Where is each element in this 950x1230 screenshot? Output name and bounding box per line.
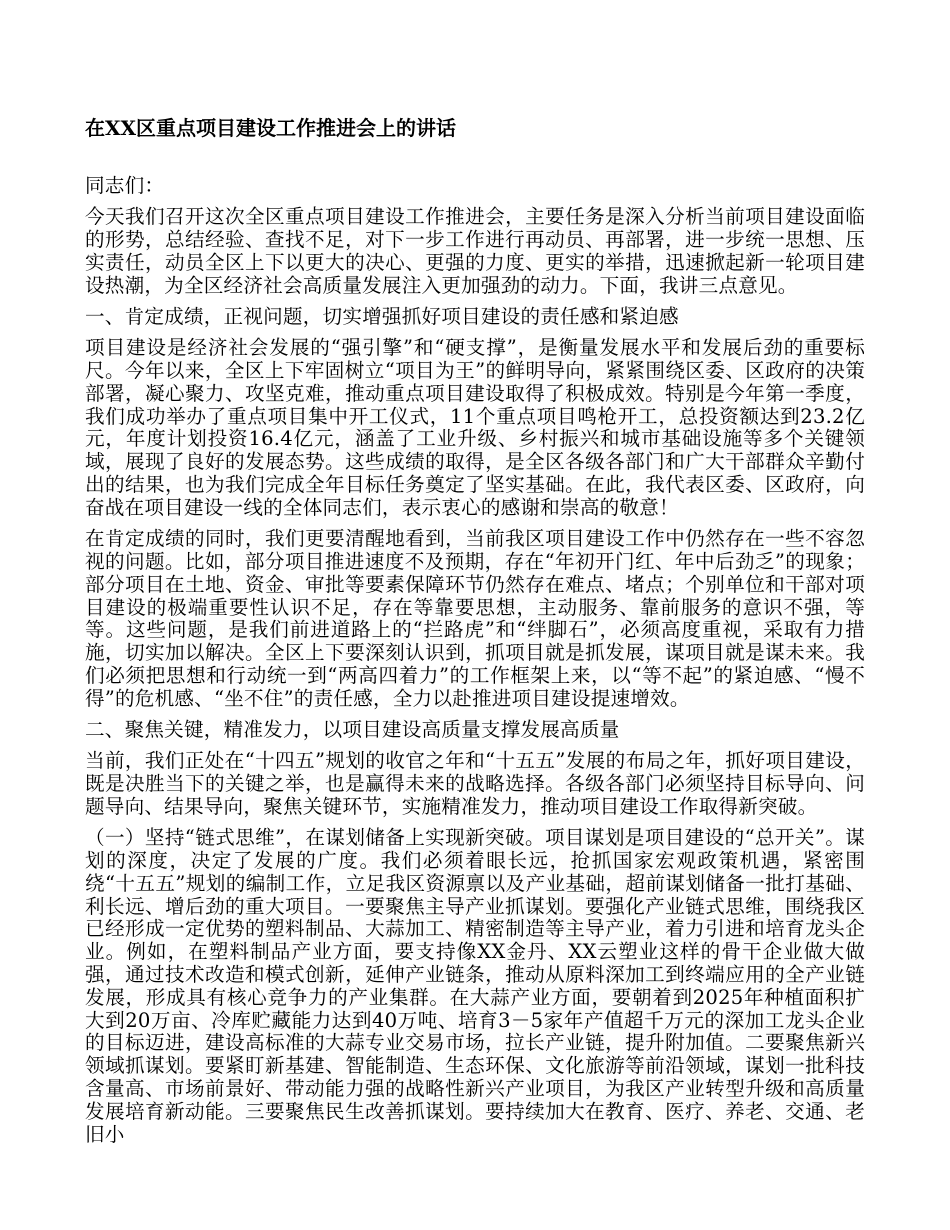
- document-page: 在XX区重点项目建设工作推进会上的讲话 同志们： 今天我们召开这次全区重点项目建…: [85, 116, 865, 1155]
- paragraph-intro: 今天我们召开这次全区重点项目建设工作推进会，主要任务是深入分析当前项目建设面临的…: [85, 206, 865, 297]
- salutation: 同志们：: [85, 175, 865, 198]
- paragraph-problems: 在肯定成绩的同时，我们更要清醒地看到，当前我区项目建设工作中仍然存在一些不容忽视…: [85, 528, 865, 710]
- paragraph-chain-thinking: （一）坚持“链式思维”，在谋划储备上实现新突破。项目谋划是项目建设的“总开关”。…: [85, 827, 865, 1146]
- section-heading-1: 一、肯定成绩，正视问题，切实增强抓好项目建设的责任感和紧迫感: [85, 306, 865, 329]
- paragraph-achievements: 项目建设是经济社会发展的“强引擎”和“硬支撑”，是衡量发展水平和发展后劲的重要标…: [85, 337, 865, 519]
- document-title: 在XX区重点项目建设工作推进会上的讲话: [85, 116, 865, 141]
- section-heading-2: 二、聚焦关键，精准发力，以项目建设高质量支撑发展高质量: [85, 719, 865, 742]
- paragraph-planning-context: 当前，我们正处在“十四五”规划的收官之年和“十五五”发展的布局之年，抓好项目建设…: [85, 750, 865, 818]
